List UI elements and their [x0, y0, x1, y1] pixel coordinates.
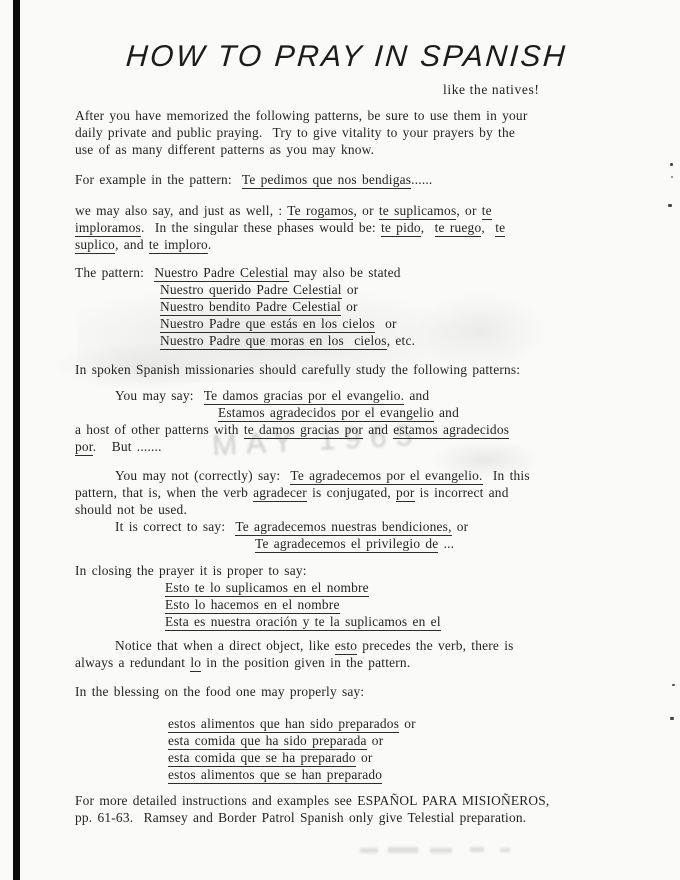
body-line: a host of other patterns with te damos g…: [75, 422, 509, 438]
text-segment: is conjugated,: [307, 485, 396, 500]
blessing-line: esta comida que ha sido preparada or: [168, 733, 383, 749]
bottom-smudge: [360, 848, 378, 853]
text-segment: we may also say, and just as well, :: [75, 203, 287, 218]
underlined-phrase: esto: [335, 638, 357, 655]
underlined-phrase: esta comida que ha sido preparada: [168, 733, 367, 750]
blessing-line: estos alimentos que se han preparado: [168, 767, 382, 783]
body-line: should not be used.: [75, 502, 187, 518]
text-segment: The pattern:: [75, 265, 154, 280]
underlined-phrase: lo: [190, 655, 201, 672]
intro-line: After you have memorized the following p…: [75, 108, 527, 124]
text-segment: , or: [353, 203, 378, 218]
text-segment: or: [452, 519, 469, 534]
text-segment: , etc.: [387, 333, 415, 348]
text-segment: or: [341, 299, 358, 314]
underlined-phrase: Estamos agradecidos por el evangelio: [218, 405, 434, 422]
underlined-phrase: por: [396, 485, 414, 502]
text-segment: may also be stated: [289, 265, 401, 280]
scan-speck: [672, 684, 675, 686]
body-line: Estamos agradecidos por el evangelio and: [218, 405, 459, 421]
text-segment: , and: [115, 237, 149, 252]
body-line: por. But .......: [75, 439, 162, 455]
bottom-smudge: [388, 847, 418, 853]
pattern-line: Nuestro Padre que moras en los cielos, e…: [160, 333, 415, 349]
text-segment: In the blessing on the food one may prop…: [75, 684, 364, 699]
example-line: we may also say, and just as well, : Te …: [75, 203, 492, 219]
text-segment: . In the singular these phases would be:: [141, 220, 381, 235]
example-line: suplico, and te imploro.: [75, 237, 211, 253]
text-segment: always a redundant: [75, 655, 190, 670]
body-line: Te agradecemos el privilegio de ...: [255, 536, 454, 552]
underlined-phrase: Nuestro Padre que estás en los cielos: [160, 316, 375, 333]
text-segment: pattern, that is, when the verb: [75, 485, 253, 500]
text-segment: or: [367, 733, 384, 748]
text-segment: In closing the prayer it is proper to sa…: [75, 563, 307, 578]
text-segment: For example in the pattern:: [75, 172, 242, 187]
document-subtitle: like the natives!: [443, 82, 539, 98]
underlined-phrase: Esto lo hacemos en el nombre: [165, 597, 340, 614]
underlined-phrase: Esto te lo suplicamos en el nombre: [165, 580, 369, 597]
pattern-line: The pattern: Nuestro Padre Celestial may…: [75, 265, 401, 281]
scanned-document-page: MAY 1965 HOW TO PRAY IN SPANISH like the…: [0, 0, 680, 880]
text-segment: pp. 61-63. Ramsey and Border Patrol Span…: [75, 810, 526, 825]
underlined-phrase: Nuestro bendito Padre Celestial: [160, 299, 341, 316]
text-segment: or: [399, 716, 416, 731]
text-segment: daily private and public praying. Try to…: [75, 125, 515, 140]
underlined-phrase: Te agradecemos el privilegio de: [255, 536, 438, 553]
text-segment: , or: [456, 203, 481, 218]
underlined-phrase: suplico: [75, 237, 115, 254]
text-segment: ...: [438, 536, 454, 551]
underlined-phrase: estos alimentos que han sido preparados: [168, 716, 399, 733]
underlined-phrase: Nuestro querido Padre Celestial: [160, 282, 342, 299]
text-segment: In spoken Spanish missionaries should ca…: [75, 362, 520, 377]
underlined-phrase: Te damos gracias por el evangelio.: [204, 388, 405, 405]
text-segment: ,: [421, 220, 435, 235]
body-line: You may not (correctly) say: Te agradece…: [115, 468, 530, 484]
blessing-line: In the blessing on the food one may prop…: [75, 684, 364, 700]
underlined-phrase: Nuestro Padre Celestial: [154, 265, 288, 282]
text-segment: precedes the verb, there is: [357, 638, 513, 653]
closing-line: Esta es nuestra oración y te la suplicam…: [165, 614, 441, 630]
underlined-phrase: Te agradecemos por el evangelio.: [290, 468, 482, 485]
body-line: pattern, that is, when the verb agradece…: [75, 485, 509, 501]
underlined-phrase: Te agradecemos nuestras bendiciones,: [235, 519, 451, 536]
notice-line: always a redundant lo in the position gi…: [75, 655, 410, 671]
body-line: It is correct to say: Te agradecemos nue…: [115, 519, 468, 535]
underlined-phrase: Te pedimos que nos bendigas: [242, 172, 411, 189]
bottom-smudge: [470, 847, 484, 852]
text-segment: You may say:: [115, 388, 204, 403]
underlined-phrase: te damos gracias por: [244, 422, 363, 439]
underlined-phrase: agradecer: [253, 485, 307, 502]
text-segment: It is correct to say:: [115, 519, 235, 534]
text-segment: After you have memorized the following p…: [75, 108, 527, 123]
text-segment: . But .......: [93, 439, 162, 454]
scan-edge-bar: [13, 0, 20, 880]
bottom-smudge: [430, 848, 452, 853]
intro-line: daily private and public praying. Try to…: [75, 125, 515, 141]
text-segment: ......: [411, 172, 432, 187]
underlined-phrase: te pido: [381, 220, 421, 237]
body-line: You may say: Te damos gracias por el eva…: [115, 388, 429, 404]
underlined-phrase: estos alimentos que se han preparado: [168, 767, 382, 784]
footer-line: For more detailed instructions and examp…: [75, 793, 549, 809]
text-segment: should not be used.: [75, 502, 187, 517]
text-segment: ,: [481, 220, 495, 235]
example-line: imploramos. In the singular these phases…: [75, 220, 505, 236]
text-segment: in the position given in the pattern.: [201, 655, 410, 670]
footer-line: pp. 61-63. Ramsey and Border Patrol Span…: [75, 810, 526, 826]
text-segment: Notice that when a direct object, like: [115, 638, 335, 653]
text-segment: or: [342, 282, 359, 297]
underlined-phrase: Nuestro Padre que moras en los cielos: [160, 333, 387, 350]
text-segment: and: [363, 422, 393, 437]
underlined-phrase: te imploro: [149, 237, 208, 254]
document-title: HOW TO PRAY IN SPANISH: [125, 40, 567, 74]
text-segment: .: [208, 237, 212, 252]
underlined-phrase: te suplicamos: [379, 203, 456, 220]
text-segment: use of as many different patterns as you…: [75, 142, 374, 157]
pattern-line: Nuestro bendito Padre Celestial or: [160, 299, 358, 315]
blessing-line: estos alimentos que han sido preparados …: [168, 716, 416, 732]
text-segment: and: [404, 388, 429, 403]
underlined-phrase: te: [495, 220, 505, 237]
underlined-phrase: Te rogamos: [287, 203, 353, 220]
notice-line: Notice that when a direct object, like e…: [115, 638, 514, 654]
underlined-phrase: te ruego: [435, 220, 482, 237]
closing-line: Esto lo hacemos en el nombre: [165, 597, 340, 613]
intro-line: use of as many different patterns as you…: [75, 142, 374, 158]
underlined-phrase: esta comida que se ha preparado: [168, 750, 356, 767]
underlined-phrase: te: [482, 203, 492, 220]
closing-line: Esto te lo suplicamos en el nombre: [165, 580, 369, 596]
text-segment: or: [356, 750, 373, 765]
scan-speck: [668, 204, 672, 207]
scan-speck: [670, 163, 673, 166]
text-segment: For more detailed instructions and examp…: [75, 793, 549, 808]
underlined-phrase: por: [75, 439, 93, 456]
closing-line: In closing the prayer it is proper to sa…: [75, 563, 307, 579]
example-line: For example in the pattern: Te pedimos q…: [75, 172, 432, 188]
text-segment: In this: [483, 468, 530, 483]
scan-speck: [670, 717, 674, 720]
underlined-phrase: imploramos: [75, 220, 141, 237]
body-line: In spoken Spanish missionaries should ca…: [75, 362, 520, 378]
text-segment: You may not (correctly) say:: [115, 468, 290, 483]
bottom-smudge: [500, 848, 510, 852]
ink-ghost-smudge: [415, 292, 545, 372]
underlined-phrase: Esta es nuestra oración y te la suplicam…: [165, 614, 441, 631]
pattern-line: Nuestro querido Padre Celestial or: [160, 282, 358, 298]
blessing-line: esta comida que se ha preparado or: [168, 750, 373, 766]
text-segment: or: [375, 316, 397, 331]
underlined-phrase: estamos agradecidos: [393, 422, 509, 439]
text-segment: a host of other patterns with: [75, 422, 244, 437]
scan-speck: [671, 176, 673, 178]
text-segment: is incorrect and: [415, 485, 509, 500]
text-segment: and: [434, 405, 459, 420]
pattern-line: Nuestro Padre que estás en los cielos or: [160, 316, 397, 332]
